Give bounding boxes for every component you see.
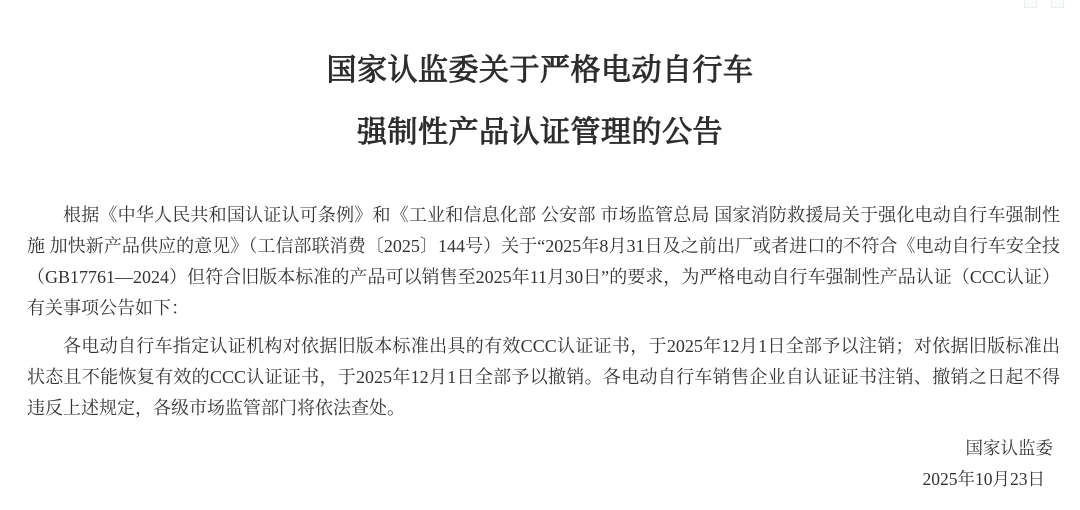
signature-issuer: 国家认监委 [0,433,1080,464]
cropped-ui-fragment [1024,0,1064,8]
cropped-mark-icon [1051,0,1064,8]
paragraph-measures-line-3: 违反上述规定，各级市场监管部门将依法查处。 [27,393,1060,424]
cropped-mark-icon [1024,0,1037,8]
paragraph-measures: 各电动自行车指定认证机构对依据旧版本标准出具的有效CCC认证证书，于2025年1… [27,331,1060,424]
paragraph-measures-line-1: 各电动自行车指定认证机构对依据旧版本标准出具的有效CCC认证证书，于2025年1… [27,331,1060,362]
announcement-document: 国家认监委关于严格电动自行车 强制性产品认证管理的公告 根据《中华人民共和国认证… [0,0,1080,510]
paragraph-basis-line-2: 施 加快新产品供应的意见》（工信部联消费〔2025〕144号）关于“2025年8… [27,231,1060,262]
signature-date: 2025年10月23日 [0,464,1080,495]
paragraph-basis-line-1: 根据《中华人民共和国认证认可条例》和《工业和信息化部 公安部 市场监管总局 国家… [27,200,1060,231]
paragraph-measures-line-2: 状态且不能恢复有效的CCC认证证书，于2025年12月1日全部予以撤销。各电动自… [27,362,1060,393]
document-title-line-1: 国家认监委关于严格电动自行车 [0,40,1080,102]
paragraph-basis-line-3: （GB17761—2024）但符合旧版本标准的产品可以销售至2025年11月30… [27,262,1060,293]
document-title: 国家认监委关于严格电动自行车 强制性产品认证管理的公告 [0,0,1080,164]
signature-block: 国家认监委 2025年10月23日 [0,433,1080,495]
paragraph-basis-line-4: 有关事项公告如下： [27,293,1060,324]
document-title-line-2: 强制性产品认证管理的公告 [0,102,1080,164]
document-body: 根据《中华人民共和国认证认可条例》和《工业和信息化部 公安部 市场监管总局 国家… [27,200,1060,424]
paragraph-basis: 根据《中华人民共和国认证认可条例》和《工业和信息化部 公安部 市场监管总局 国家… [27,200,1060,324]
